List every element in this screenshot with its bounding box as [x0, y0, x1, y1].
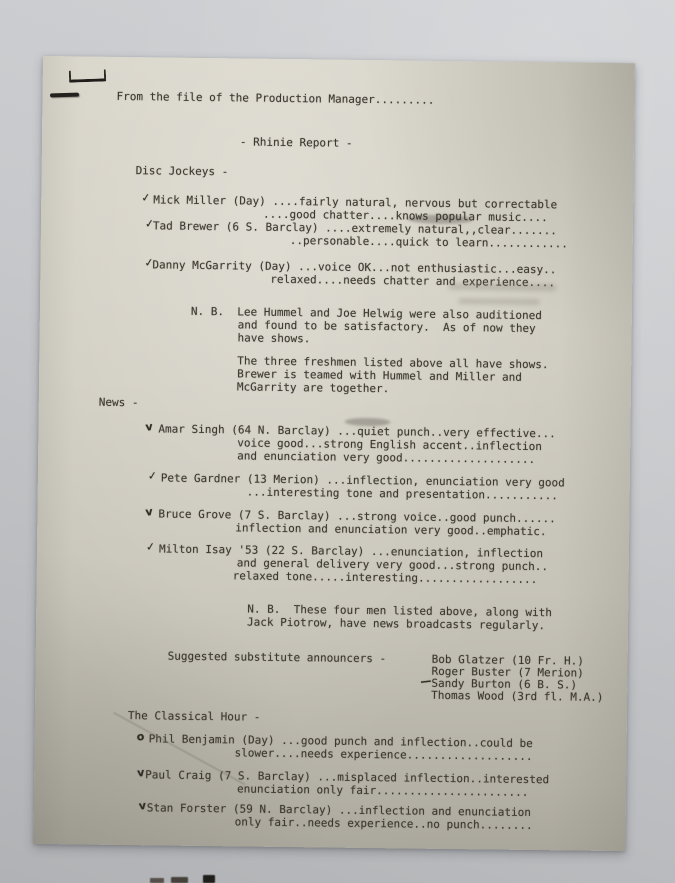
block-danny: Danny McGarrity (Day) ...voice OK...not …: [43, 56, 635, 63]
section-heading: News -: [99, 396, 139, 409]
bleed-through-mark-2: [458, 298, 540, 305]
next-page-fragment-3: [203, 875, 215, 883]
block-mick: Mick Miller (Day) ....fairly natural, ne…: [43, 56, 635, 63]
document-line: Suggested substitute announcers -: [168, 650, 387, 666]
document-line: only fair..needs experience..no punch...…: [235, 815, 533, 832]
document-line: slower....needs experience..............…: [234, 746, 532, 763]
handwritten-checkmark: ✓: [145, 541, 155, 553]
handwritten-checkmark: ✓: [147, 470, 157, 482]
block-paul: Paul Craig (7 S. Barclay) ...misplaced i…: [43, 56, 635, 63]
staple-mark-top: [69, 69, 106, 82]
document-line: Thomas Wood (3rd fl. M.A.): [431, 689, 603, 704]
document-body: Disc Jockeys -Mick Miller (Day) ....fair…: [43, 56, 635, 63]
handwritten-checkmark: ✓: [144, 257, 154, 269]
block-milton: Milton Isay '53 (22 S. Barclay) ...enunc…: [43, 56, 635, 63]
handwritten-checkmark: v: [145, 421, 153, 433]
block-stan: Stan Forster (59 N. Barclay) ...inflecti…: [43, 56, 635, 63]
section-heading: Disc Jockeys -: [136, 164, 229, 178]
document-page: From the file of the Production Manager.…: [33, 56, 635, 851]
next-page-fragment-2: [171, 877, 188, 883]
document-line: have shows.: [237, 331, 310, 345]
block-suggested-label: Suggested substitute announcers -: [43, 56, 635, 63]
bleed-through-mark-1: [448, 283, 556, 291]
block-substitutes: Bob Glatzer (10 Fr. H.)Roger Buster (7 M…: [43, 56, 635, 63]
document-line: inflection and enunciation very good..em…: [235, 521, 546, 538]
handwritten-checkmark: —: [420, 675, 432, 687]
handwritten-checkmark: v: [138, 800, 146, 812]
document-line: enunciation only fair...................…: [237, 782, 529, 799]
document-line: McGarrity are together.: [237, 380, 389, 395]
document-line: relaxed tone.....interesting............…: [233, 569, 538, 586]
block-nb1b: The three freshmen listed above all have…: [43, 56, 635, 63]
section-heading: The Classical Hour -: [128, 709, 261, 724]
block-news-heading: News -: [43, 56, 635, 63]
document-header: From the file of the Production Manager.…: [116, 90, 434, 107]
handwritten-checkmark: v: [137, 767, 145, 779]
document-line: ..personable....quick to learn..........…: [290, 234, 568, 250]
document-line: Jack Piotrow, have news broadcasts regul…: [247, 616, 545, 633]
block-nb1: N. B. Lee Hummel and Joe Helwig were als…: [43, 56, 635, 63]
handwritten-checkmark: o: [136, 731, 145, 743]
handwritten-checkmark: ✓: [141, 192, 151, 204]
block-pete: Pete Gardner (13 Merion) ...inflection, …: [43, 56, 635, 63]
document-line: ...interesting tone and presentation....…: [247, 486, 558, 503]
next-page-fragment-1: [150, 878, 164, 883]
handwritten-checkmark: ✓: [144, 218, 154, 230]
block-classical-heading: The Classical Hour -: [43, 56, 635, 63]
handwritten-checkmark: v: [145, 506, 153, 518]
document-title: - Rhinie Report -: [240, 135, 353, 149]
photo-backdrop: From the file of the Production Manager.…: [0, 0, 675, 883]
block-nb2: N. B. These four men listed above, along…: [43, 56, 635, 63]
block-disc-heading: Disc Jockeys -: [43, 56, 635, 63]
block-bruce: Bruce Grove (7 S. Barclay) ...strong voi…: [43, 56, 635, 63]
document-line: and enunciation very good...............…: [237, 449, 535, 466]
block-phil: Phil Benjamin (Day) ...good punch and in…: [43, 56, 635, 63]
block-tad: Tad Brewer (6 S. Barclay) ....extremely …: [43, 56, 635, 63]
block-amar: Amar Singh (64 N. Barclay) ...quiet punc…: [43, 56, 635, 63]
